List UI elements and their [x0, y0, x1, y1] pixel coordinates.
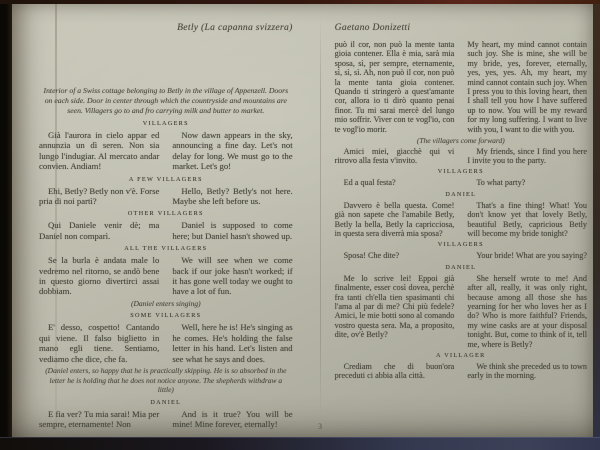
italian-text: può il cor, non può la mente tanta gioia…	[335, 40, 455, 134]
running-head-title: Betly (La capanna svizzera)	[39, 22, 293, 33]
dialogue-row: E' desso, cospetto! Cantando qui viene. …	[39, 322, 293, 364]
english-translation-text: She herself wrote to me! And after all, …	[467, 274, 587, 349]
speaker-heading: DANIEL	[39, 399, 293, 407]
dialogue-row: Ehi, Betly? Betly non v'è. Forse pria di…	[39, 186, 293, 207]
english-translation-text: Hello, Betly? Betly's not here. Maybe sh…	[172, 186, 292, 207]
english-translation-text: Your bride! What are you saying?	[467, 251, 587, 260]
speaker-heading: OTHER VILLAGERS	[39, 210, 293, 218]
italian-text: Qui Daniele venir dè; ma Daniel non comp…	[39, 220, 159, 241]
english-translation-text: And is it true? You will be mine! Mine f…	[172, 409, 292, 430]
running-head-author: Gaetano Donizetti	[335, 22, 587, 33]
speaker-heading: ALL THE VILLAGERS	[39, 245, 293, 253]
italian-text: E' desso, cospetto! Cantando qui viene. …	[39, 322, 159, 364]
italian-text: Ehi, Betly? Betly non v'è. Forse pria di…	[39, 186, 159, 207]
english-translation-text: My friends, since I find you here I invi…	[467, 147, 587, 166]
dialogue-row: Ed a qual festa?To what party?	[335, 178, 587, 187]
english-translation-text: Now dawn appears in the sky, announcing …	[172, 130, 292, 172]
italian-text: Amici miei, giacchè qui vi ritrovo alla …	[335, 147, 455, 166]
page-content: Betly (La capanna svizzera) Interior of …	[12, 3, 594, 438]
book-page: Betly (La capanna svizzera) Interior of …	[12, 3, 594, 438]
speaker-heading: VILLAGERS	[335, 241, 587, 249]
book-photo: Betly (La capanna svizzera) Interior of …	[0, 0, 600, 450]
italian-text: Se la burla è andata male lo vedremo nel…	[39, 255, 159, 297]
speaker-heading: SOME VILLAGERS	[39, 312, 293, 320]
speaker-heading: VILLAGERS	[39, 120, 293, 128]
page-right-edge-shadow	[593, 0, 600, 450]
italian-text: Sposa! Che dite?	[335, 251, 455, 260]
speaker-heading: DANIEL	[335, 264, 587, 272]
left-page-sections: VILLAGERSGià l'aurora in cielo appar ed …	[39, 116, 293, 429]
stage-direction: (The villagers come forward)	[341, 136, 581, 146]
book-spine-shadow	[0, 0, 12, 450]
english-translation-text: To what party?	[467, 178, 587, 187]
desk-surface	[0, 437, 600, 450]
speaker-heading: A FEW VILLAGERS	[39, 176, 293, 184]
speaker-heading: DANIEL	[335, 191, 587, 199]
scene-description: Interior of a Swiss cottage belonging to…	[39, 86, 293, 116]
italian-text: Crediam che di buon'ora preceduti ci abb…	[335, 362, 455, 381]
dialogue-row: Già l'aurora in cielo appar ed annunzia …	[39, 130, 293, 172]
right-page-column: Gaetano Donizetti può il cor, non può la…	[315, 3, 594, 438]
dialogue-row: E fia ver? Tu mia sarai! Mia per sempre,…	[39, 409, 293, 430]
dialogue-row: Me lo scrive lei! Eppoi già finalmente, …	[335, 274, 587, 349]
speaker-heading: VILLAGERS	[335, 168, 587, 176]
center-crease	[320, 17, 321, 418]
dialogue-row: Amici miei, giacchè qui vi ritrovo alla …	[335, 147, 587, 166]
english-translation-text: We think she preceded us to town early i…	[467, 362, 587, 381]
dialogue-row: può il cor, non può la mente tanta gioia…	[335, 40, 587, 134]
gutter-crease	[55, 3, 57, 430]
stage-direction: (Daniel enters, so happy that he is prac…	[45, 366, 287, 395]
english-translation-text: My heart, my mind cannot contain such jo…	[467, 40, 587, 134]
dialogue-row: Sposa! Che dite?Your bride! What are you…	[335, 251, 587, 260]
english-translation-text: We will see when we come back if our jok…	[172, 255, 292, 297]
italian-text: E fia ver? Tu mia sarai! Mia per sempre,…	[39, 409, 159, 430]
english-translation-text: Well, here he is! He's singing as he com…	[172, 322, 292, 364]
page-number: 3	[318, 422, 322, 431]
left-page-column: Betly (La capanna svizzera) Interior of …	[12, 3, 315, 438]
italian-text: Ed a qual festa?	[335, 178, 455, 187]
italian-text: Me lo scrive lei! Eppoi già finalmente, …	[335, 274, 455, 349]
english-translation-text: That's a fine thing! What! You don't kno…	[467, 201, 587, 239]
dialogue-row: Qui Daniele venir dè; ma Daniel non comp…	[39, 220, 293, 241]
dialogue-row: Davvero è bella questa. Come! già non sa…	[335, 201, 587, 239]
photo-top-edge	[0, 0, 600, 4]
english-translation-text: Daniel is supposed to come here; but Dan…	[172, 220, 292, 241]
dialogue-row: Se la burla è andata male lo vedremo nel…	[39, 255, 293, 297]
dialogue-row: Crediam che di buon'ora preceduti ci abb…	[335, 362, 587, 381]
stage-direction: (Daniel enters singing)	[45, 299, 287, 309]
italian-text: Davvero è bella questa. Come! già non sa…	[335, 201, 455, 239]
right-page-sections: può il cor, non può la mente tanta gioia…	[335, 40, 587, 381]
italian-text: Già l'aurora in cielo appar ed annunzia …	[39, 130, 159, 172]
speaker-heading: A VILLAGER	[335, 352, 587, 360]
